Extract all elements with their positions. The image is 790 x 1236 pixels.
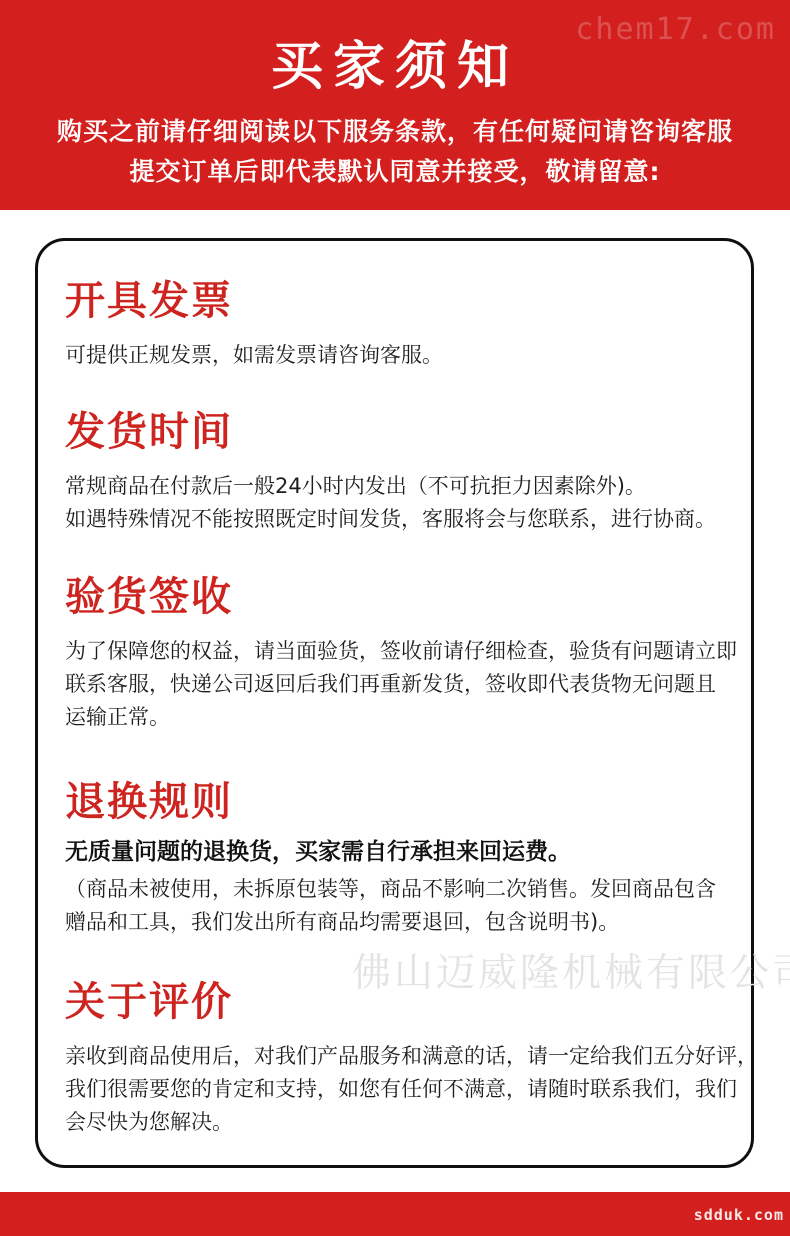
section-inspection-body: 为了保障您的权益，请当面验货，签收前请仔细检查，验货有问题请立即 联系客服，快递…	[65, 635, 751, 734]
body-line: （商品未被使用，未拆原包装等，商品不影响二次销售。发回商品包含	[65, 873, 751, 906]
section-inspection-heading: 验货签收	[65, 573, 751, 621]
header-subtitle: 购买之前请仔细阅读以下服务条款，有任何疑问请咨询客服 提交订单后即代表默认同意并…	[0, 112, 790, 192]
body-line: 如遇特殊情况不能按照既定时间发货，客服将会与您联系，进行协商。	[65, 503, 751, 536]
section-return-policy-body: 无质量问题的退换货，买家需自行承担来回运费。 （商品未被使用，未拆原包装等，商品…	[65, 836, 751, 939]
section-invoice-body: 可提供正规发票，如需发票请咨询客服。	[65, 339, 751, 372]
header-subtitle-line2: 提交订单后即代表默认同意并接受，敬请留意:	[0, 152, 790, 192]
body-line: 运输正常。	[65, 701, 751, 734]
section-review-body: 亲收到商品使用后，对我们产品服务和满意的话，请一定给我们五分好评， 我们很需要您…	[65, 1040, 751, 1139]
body-line: 常规商品在付款后一般24小时内发出（不可抗拒力因素除外)。	[65, 470, 751, 503]
section-return-policy: 退换规则 无质量问题的退换货，买家需自行承担来回运费。 （商品未被使用，未拆原包…	[65, 778, 751, 939]
notice-card: 开具发票 可提供正规发票，如需发票请咨询客服。 发货时间 常规商品在付款后一般2…	[35, 238, 754, 1168]
section-inspection: 验货签收 为了保障您的权益，请当面验货，签收前请仔细检查，验货有问题请立即 联系…	[65, 573, 751, 734]
body-line: 会尽快为您解决。	[65, 1106, 751, 1139]
body-line: 赠品和工具，我们发出所有商品均需要退回，包含说明书)。	[65, 906, 751, 939]
section-shipping-time: 发货时间 常规商品在付款后一般24小时内发出（不可抗拒力因素除外)。 如遇特殊情…	[65, 408, 751, 536]
section-review: 关于评价 亲收到商品使用后，对我们产品服务和满意的话，请一定给我们五分好评， 我…	[65, 978, 751, 1139]
page-title: 买家须知	[0, 36, 790, 98]
buyer-notice-page: chem17.com 买家须知 购买之前请仔细阅读以下服务条款，有任何疑问请咨询…	[0, 0, 790, 1236]
body-line: 我们很需要您的肯定和支持，如您有任何不满意，请随时联系我们，我们	[65, 1073, 751, 1106]
section-shipping-time-body: 常规商品在付款后一般24小时内发出（不可抗拒力因素除外)。 如遇特殊情况不能按照…	[65, 470, 751, 536]
section-shipping-time-heading: 发货时间	[65, 408, 751, 456]
header-banner: chem17.com 买家须知 购买之前请仔细阅读以下服务条款，有任何疑问请咨询…	[0, 0, 790, 210]
return-policy-lead: 无质量问题的退换货，买家需自行承担来回运费。	[65, 836, 751, 869]
section-review-heading: 关于评价	[65, 978, 751, 1026]
section-return-policy-heading: 退换规则	[65, 778, 751, 826]
body-line: 为了保障您的权益，请当面验货，签收前请仔细检查，验货有问题请立即	[65, 635, 751, 668]
body-line: 可提供正规发票，如需发票请咨询客服。	[65, 339, 751, 372]
footer-bar: sdduk.com	[0, 1192, 790, 1236]
section-invoice-heading: 开具发票	[65, 277, 751, 325]
body-line: 亲收到商品使用后，对我们产品服务和满意的话，请一定给我们五分好评，	[65, 1040, 751, 1073]
section-invoice: 开具发票 可提供正规发票，如需发票请咨询客服。	[65, 277, 751, 372]
header-subtitle-line1: 购买之前请仔细阅读以下服务条款，有任何疑问请咨询客服	[0, 112, 790, 152]
body-line: 联系客服，快递公司返回后我们再重新发货，签收即代表货物无问题且	[65, 668, 751, 701]
watermark-sdduk: sdduk.com	[694, 1206, 784, 1224]
